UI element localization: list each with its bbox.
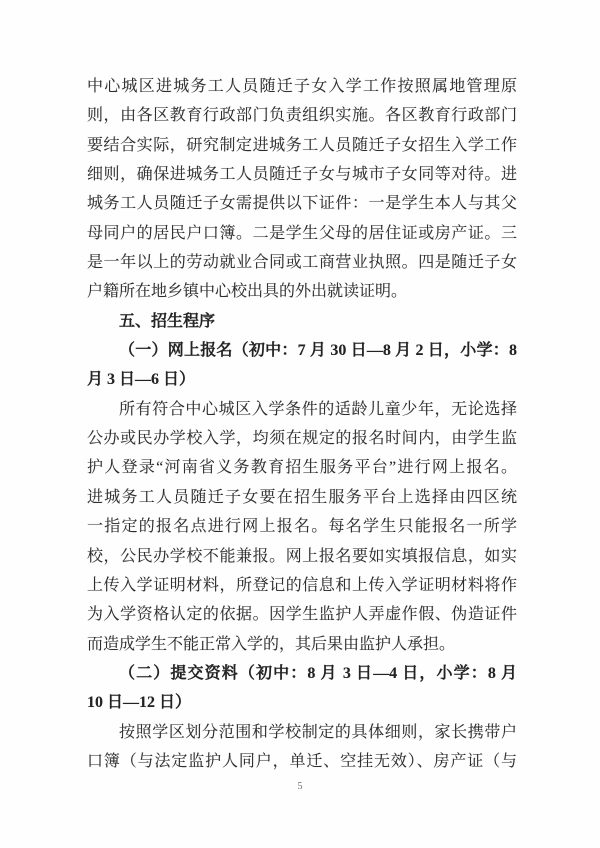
paragraph-line: 而造成学生不能正常入学的，其后果由监护人承担。 [87, 630, 517, 659]
paragraph-line: 城务工人员随迁子女需提供以下证件：一是学生本人与其父 [87, 189, 517, 218]
paragraph-line: 是一年以上的劳动就业合同或工商营业执照。四是随迁子女 [87, 248, 517, 277]
paragraph-line: 一指定的报名点进行网上报名。每名学生只能报名一所学 [87, 512, 517, 541]
subsection-heading: 月 3 日—6 日） [87, 365, 517, 394]
subsection-heading: 10 日—12 日） [87, 688, 517, 717]
paragraph-line: 口簿（与法定监护人同户，单迁、空挂无效）、房产证（与 [87, 747, 517, 776]
subsection-heading: （一）网上报名（初中：7 月 30 日—8 月 2 日，小学：8 [87, 336, 517, 365]
paragraph-line: 公办或民办学校入学，均须在规定的报名时间内，由学生监 [87, 424, 517, 453]
paragraph-line: 校，公民办学校不能兼报。网上报名要如实填报信息，如实 [87, 542, 517, 571]
paragraph-line: 进城务工人员随迁子女要在招生服务平台上选择由四区统 [87, 483, 517, 512]
paragraph-line: 细则，确保进城务工人员随迁子女与城市子女同等对待。进 [87, 160, 517, 189]
paragraph-line: 上传入学证明材料，所登记的信息和上传入学证明材料将作 [87, 571, 517, 600]
paragraph-line: 护人登录“河南省义务教育招生服务平台”进行网上报名。 [87, 453, 517, 482]
paragraph-line: 要结合实际，研究制定进城务工人员随迁子女招生入学工作 [87, 131, 517, 160]
page-number: 5 [0, 780, 600, 794]
paragraph-line: 为入学资格认定的依据。因学生监护人弄虚作假、伪造证件 [87, 600, 517, 629]
paragraph-line: 户籍所在地乡镇中心校出具的外出就读证明。 [87, 277, 517, 306]
paragraph-line: 则，由各区教育行政部门负责组织实施。各区教育行政部门 [87, 101, 517, 130]
section-heading: 五、招生程序 [87, 307, 517, 336]
paragraph-line: 中心城区进城务工人员随迁子女入学工作按照属地管理原 [87, 72, 517, 101]
subsection-heading: （二）提交资料（初中：8 月 3 日—4 日，小学：8 月 [87, 659, 517, 688]
document-text-block: 中心城区进城务工人员随迁子女入学工作按照属地管理原 则，由各区教育行政部门负责组… [87, 72, 517, 776]
paragraph-line: 所有符合中心城区入学条件的适龄儿童少年，无论选择 [87, 395, 517, 424]
document-page: 中心城区进城务工人员随迁子女入学工作按照属地管理原 则，由各区教育行政部门负责组… [0, 0, 600, 848]
paragraph-line: 母同户的居民户口簿。二是学生父母的居住证或房产证。三 [87, 219, 517, 248]
paragraph-line: 按照学区划分范围和学校制定的具体细则，家长携带户 [87, 718, 517, 747]
